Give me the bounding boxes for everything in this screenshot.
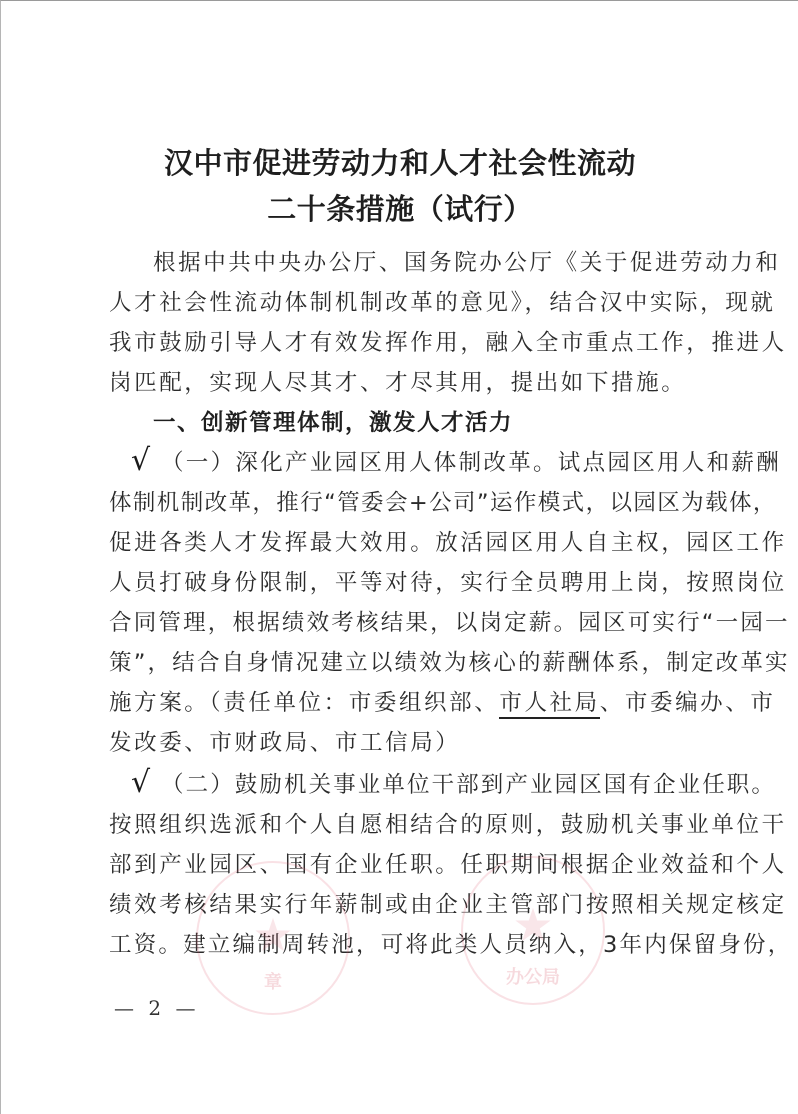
paragraph-line: 我市鼓励引导人才有效发挥作用，融入全市重点工作，推进人 (109, 323, 709, 363)
paragraph-line: 体制机制改革，推行“管委会+公司”运作模式，以园区为载体， (109, 483, 709, 523)
item-1-heading-line: （一）深化产业园区用人体制改革。试点园区用人和薪酬 (161, 443, 709, 483)
paragraph-line: 绩效考核结果实行年薪制或由企业主管部门按照相关规定核定 (109, 885, 709, 925)
responsibility-text-b: 、市委编办、市 (600, 690, 776, 716)
paragraph-line: 根据中共中央办公厅、国务院办公厅《关于促进劳动力和 (153, 243, 709, 283)
responsibility-text-a: 施方案。（责任单位：市委组织部、 (109, 690, 499, 716)
section-heading: 一、创新管理体制，激发人才活力 (153, 403, 709, 443)
paragraph-line: 部到产业园区、国有企业任职。任职期间根据企业效益和个人 (109, 845, 709, 885)
underlined-unit: 市人社局 (499, 690, 599, 719)
document-page: 汉中市促进劳动力和人才社会性流动 二十条措施（试行） 根据中共中央办公厅、国务院… (0, 0, 798, 1114)
document-title-line-1: 汉中市促进劳动力和人才社会性流动 (1, 141, 798, 182)
paragraph-line: 策”，结合自身情况建立以绩效为核心的薪酬体系，制定改革实 (109, 643, 709, 683)
paragraph-line: 促进各类人才发挥最大效用。放活园区用人自主权，园区工作 (109, 523, 709, 563)
handwritten-check-icon: √ (131, 441, 150, 481)
handwritten-check-icon: √ (131, 763, 150, 803)
seal-text: 办公局 (463, 963, 603, 989)
paragraph-line: 按照组织选派和个人自愿相结合的原则，鼓励机关事业单位干 (109, 805, 709, 845)
responsibility-line: 施方案。（责任单位：市委组织部、市人社局、市委编办、市 (109, 683, 709, 723)
paragraph-line: 岗匹配，实现人尽其才、才尽其用，提出如下措施。 (109, 363, 709, 403)
paragraph-line: 发改委、市财政局、市工信局） (109, 723, 709, 763)
paragraph-line: 人员打破身份限制，平等对待，实行全员聘用上岗，按照岗位 (109, 563, 709, 603)
paragraph-line: 人才社会性流动体制机制改革的意见》，结合汉中实际，现就 (109, 283, 709, 323)
paragraph-line: 合同管理，根据绩效考核结果，以岗定薪。园区可实行“一园一 (109, 603, 709, 643)
paragraph-line: 工资。建立编制周转池，可将此类人员纳入，3年内保留身份， (109, 925, 709, 965)
page-number: — 2 — (114, 996, 199, 1020)
item-2-heading-line: （二）鼓励机关事业单位干部到产业园区国有企业任职。 (161, 765, 709, 805)
seal-text: 章 (198, 968, 348, 994)
document-title-line-2: 二十条措施（试行） (1, 187, 798, 228)
